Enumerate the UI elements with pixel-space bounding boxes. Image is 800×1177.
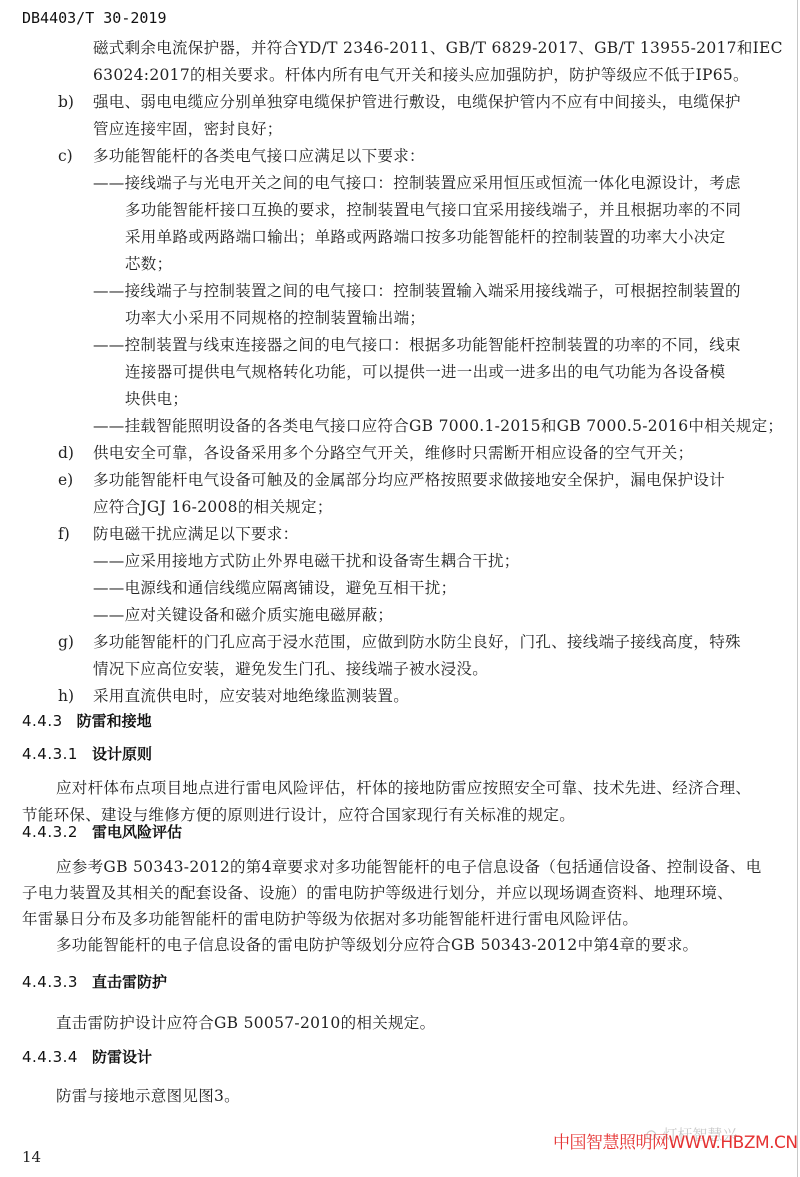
paragraph-line: 直击雷防护设计应符合GB 50057-2010的相关规定。 [56, 1013, 435, 1033]
item-c-dash-3-line-2: 连接器可提供电气规格转化功能，可以提供一进一出或一进多出的电气功能为各设备模 [125, 362, 725, 382]
item-c-dash-3-line-3: 块供电； [125, 389, 188, 409]
paragraph-line: 防雷与接地示意图见图3。 [56, 1086, 240, 1106]
item-d-label: d) [58, 443, 74, 463]
section-heading-4-4-3-1: 4.4.3.1设计原则 [22, 744, 152, 764]
section-heading-4-4-3-3: 4.4.3.3直击雷防护 [22, 972, 167, 992]
item-c-dash-2-line-1: ——接线端子与控制装置之间的电气接口：控制装置输入端采用接线端子，可根据控制装置… [93, 281, 741, 301]
item-c-dash-1-line-2: 多功能智能杆接口互换的要求，控制装置电气接口宜采用接线端子，并且根据功率的不同 [125, 200, 741, 220]
item-f-dash-3: ——应对关键设备和磁介质实施电磁屏蔽； [93, 605, 393, 625]
item-b-line-2: 管应连接牢固，密封良好； [93, 119, 283, 139]
section-title: 防雷和接地 [77, 712, 152, 730]
item-b-label: b) [58, 92, 74, 112]
section-number: 4.4.3.1 [22, 744, 78, 764]
item-c-dash-3-line-1: ——控制装置与线束连接器之间的电气接口：根据多功能智能杆控制装置的功率的不同，线… [93, 335, 741, 355]
item-f-label: f) [58, 524, 70, 544]
item-c-dash-1-line-3: 采用单路或两路端口输出；单路或两路端口按多功能智能杆的控制装置的功率大小决定 [125, 227, 725, 247]
section-heading-4-4-3: 4.4.3防雷和接地 [22, 711, 152, 731]
item-e-line-1: 多功能智能杆电气设备可触及的金属部分均应严格按照要求做接地安全保护，漏电保护设计 [93, 470, 725, 490]
item-a-line-2: 63024:2017的相关要求。杆体内所有电气开关和接头应加强防护，防护等级应不… [93, 65, 749, 85]
section-heading-4-4-3-2: 4.4.3.2雷电风险评估 [22, 822, 182, 842]
paragraph-line: 应参考GB 50343-2012的第4章要求对多功能智能杆的电子信息设备（包括通… [56, 857, 762, 877]
section-title: 防雷设计 [92, 1048, 152, 1066]
item-f-dash-2: ——电源线和通信线缆应隔离铺设，避免互相干扰； [93, 578, 456, 598]
section-title: 雷电风险评估 [92, 823, 182, 841]
item-f-line-1: 防电磁干扰应满足以下要求： [93, 524, 298, 544]
item-c-dash-1-line-4: 芯数； [125, 254, 172, 274]
item-d-line-1: 供电安全可靠，各设备采用多个分路空气开关，维修时只需断开相应设备的空气开关； [93, 443, 693, 463]
item-e-line-2: 应符合JGJ 16-2008的相关规定； [93, 497, 333, 517]
item-c-dash-4-line-1: ——挂载智能照明设备的各类电气接口应符合GB 7000.1-2015和GB 70… [93, 416, 783, 436]
item-g-label: g) [58, 632, 74, 652]
item-g-line-2: 情况下应高位安装，避免发生门孔、接线端子被水浸没。 [93, 659, 488, 679]
document-id-header: DB4403/T 30-2019 [22, 9, 167, 27]
paragraph-line: 年雷暴日分布及多功能智能杆的雷电防护等级为依据对多功能智能杆进行雷电风险评估。 [22, 909, 638, 929]
page-edge-line [797, 0, 798, 1177]
section-heading-4-4-3-4: 4.4.3.4防雷设计 [22, 1047, 152, 1067]
item-c-label: c) [58, 146, 73, 166]
paragraph-line: 多功能智能杆的电子信息设备的雷电防护等级划分应符合GB 50343-2012中第… [56, 935, 698, 955]
paragraph-line: 应对杆体布点项目地点进行雷电风险评估，杆体的接地防雷应按照安全可靠、技术先进、经… [56, 778, 751, 798]
item-c-line-1: 多功能智能杆的各类电气接口应满足以下要求： [93, 146, 425, 166]
page-number: 14 [22, 1148, 41, 1166]
section-number: 4.4.3 [22, 711, 63, 731]
item-f-dash-1: ——应采用接地方式防止外界电磁干扰和设备寄生耦合干扰； [93, 551, 520, 571]
site-watermark: 中国智慧照明网WWW.HBZM.CN [553, 1128, 798, 1153]
paragraph-line: 子电力装置及其相关的配套设备、设施）的雷电防护等级进行划分，并应以现场调查资料、… [22, 883, 733, 903]
section-title: 设计原则 [92, 745, 152, 763]
item-c-dash-1-line-1: ——接线端子与光电开关之间的电气接口：控制装置应采用恒压或恒流一体化电源设计，考… [93, 173, 741, 193]
item-e-label: e) [58, 470, 73, 490]
section-number: 4.4.3.3 [22, 972, 78, 992]
section-number: 4.4.3.4 [22, 1047, 78, 1067]
section-number: 4.4.3.2 [22, 822, 78, 842]
item-g-line-1: 多功能智能杆的门孔应高于浸水范围，应做到防水防尘良好，门孔、接线端子接线高度，特… [93, 632, 741, 652]
item-h-line-1: 采用直流供电时，应安装对地绝缘监测装置。 [93, 686, 409, 706]
section-title: 直击雷防护 [92, 973, 167, 991]
item-b-line-1: 强电、弱电电缆应分别单独穿电缆保护管进行敷设，电缆保护管内不应有中间接头，电缆保… [93, 92, 741, 112]
item-h-label: h) [58, 686, 74, 706]
item-a-line-1: 磁式剩余电流保护器，并符合YD/T 2346-2011、GB/T 6829-20… [93, 38, 783, 58]
item-c-dash-2-line-2: 功率大小采用不同规格的控制装置输出端； [125, 308, 425, 328]
